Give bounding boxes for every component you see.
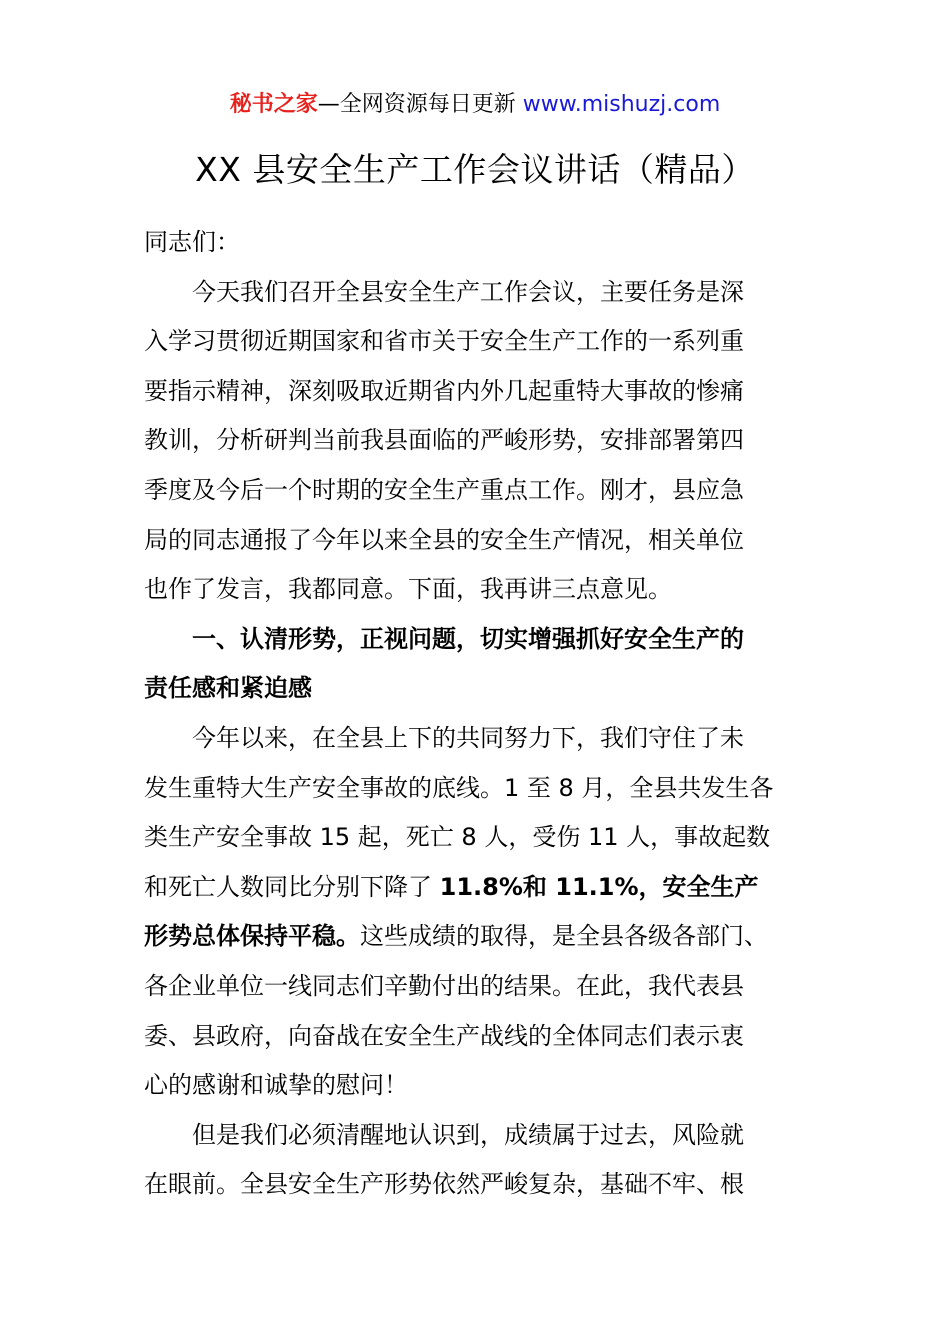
paragraph-line: 要指示精神，深刻吸取近期省内外几起重特大事故的惨痛 <box>144 367 814 417</box>
paragraph-line: 局的同志通报了今年以来全县的安全生产情况，相关单位 <box>144 516 814 566</box>
document-body: 同志们： 今天我们召开全县安全生产工作会议，主要任务是深 入学习贯彻近期国家和省… <box>144 218 814 1210</box>
paragraph-line: 入学习贯彻近期国家和省市关于安全生产工作的一系列重 <box>144 317 814 367</box>
emphasis-text: 形势总体保持平稳。 <box>144 922 360 950</box>
paragraph-line: 形势总体保持平稳。这些成绩的取得，是全县各级各部门、 <box>144 912 814 962</box>
paragraph-line: 各企业单位一线同志们辛勤付出的结果。在此，我代表县 <box>144 962 814 1012</box>
normal-text: 这些成绩的取得，是全县各级各部门、 <box>360 922 768 950</box>
paragraph-line: 委、县政府，向奋战在安全生产战线的全体同志们表示衷 <box>144 1012 814 1062</box>
section-heading-line: 一、认清形势，正视问题，切实增强抓好安全生产的 <box>144 615 814 665</box>
header-tagline: —全网资源每日更新 <box>318 92 523 117</box>
document-page: 秘书之家—全网资源每日更新 www.mishuzj.com XX 县安全生产工作… <box>0 0 950 1344</box>
normal-text: 和死亡人数同比分别下降了 <box>144 873 440 901</box>
paragraph-line: 今天我们召开全县安全生产工作会议，主要任务是深 <box>144 268 814 318</box>
paragraph-line: 教训，分析研判当前我县面临的严峻形势，安排部署第四 <box>144 416 814 466</box>
paragraph-line: 类生产安全事故 15 起，死亡 8 人，受伤 11 人，事故起数 <box>144 813 814 863</box>
section-heading-line: 责任感和紧迫感 <box>144 664 814 714</box>
salutation: 同志们： <box>144 218 814 268</box>
brand-name: 秘书之家 <box>230 92 318 117</box>
paragraph-line: 和死亡人数同比分别下降了 11.8%和 11.1%，安全生产 <box>144 863 814 913</box>
site-header: 秘书之家—全网资源每日更新 www.mishuzj.com <box>0 88 950 122</box>
emphasis-text: 11.8%和 11.1%，安全生产 <box>440 873 759 901</box>
document-title: XX 县安全生产工作会议讲话（精品） <box>0 142 950 198</box>
paragraph-line: 在眼前。全县安全生产形势依然严峻复杂，基础不牢、根 <box>144 1160 814 1210</box>
site-url-link[interactable]: www.mishuzj.com <box>523 92 720 117</box>
paragraph-line: 也作了发言，我都同意。下面，我再讲三点意见。 <box>144 565 814 615</box>
paragraph-line: 但是我们必须清醒地认识到，成绩属于过去，风险就 <box>144 1111 814 1161</box>
paragraph-line: 心的感谢和诚挚的慰问！ <box>144 1061 814 1111</box>
paragraph-line: 今年以来，在全县上下的共同努力下，我们守住了未 <box>144 714 814 764</box>
paragraph-line: 发生重特大生产安全事故的底线。1 至 8 月，全县共发生各 <box>144 764 814 814</box>
paragraph-line: 季度及今后一个时期的安全生产重点工作。刚才，县应急 <box>144 466 814 516</box>
